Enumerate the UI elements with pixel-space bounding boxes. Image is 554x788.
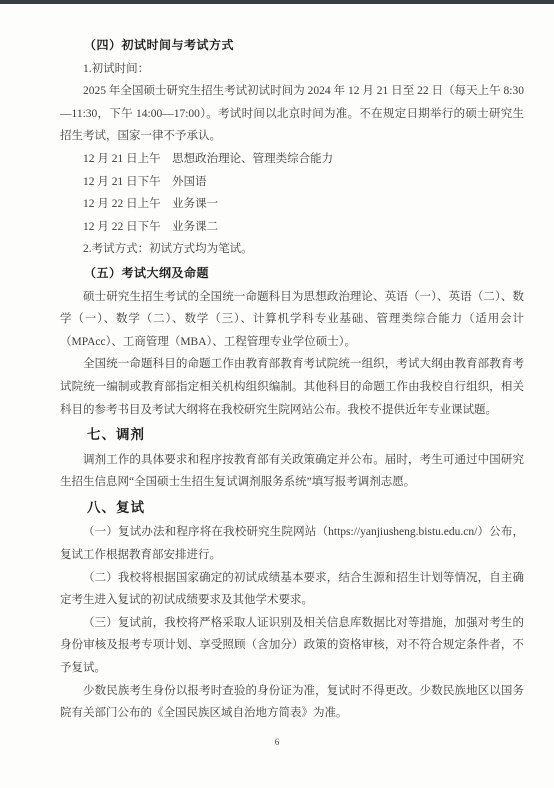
paragraph: 全国统一命题科目的命题工作由教育部教育考试院统一组织，考试大纲由教育部教育考试院…	[60, 353, 524, 421]
page-top-edge	[0, 0, 554, 4]
section-heading: 七、调剂	[60, 424, 524, 447]
section-heading: （四）初试时间与考试方式	[60, 34, 524, 57]
paragraph: 12 月 21 日下午 外国语	[60, 171, 524, 194]
paragraph: （三）复试前，我校将严格采取人证识别及相关信息库数据比对等措施，加强对考生的身份…	[60, 612, 524, 680]
page-number: 6	[0, 737, 554, 747]
paragraph: 调剂工作的具体要求和程序按教育部有关政策确定并公布。届时，考生可通过中国研究生招…	[60, 449, 524, 494]
paragraph: 1.初试时间：	[60, 58, 524, 81]
paragraph: 硕士研究生招生考试的全国统一命题科目为思想政治理论、英语（一）、英语（二）、数学…	[60, 286, 524, 354]
paragraph: 2025 年全国硕士研究生招生考试初试时间为 2024 年 12 月 21 日至…	[60, 80, 524, 148]
section-heading: （五）考试大纲及命题	[60, 262, 524, 285]
paragraph: （一）复试办法和程序将在我校研究生院网站（https://yanjiusheng…	[60, 521, 524, 566]
paragraph: 2.考试方式：初试方式均为笔试。	[60, 238, 524, 261]
paragraph: 12 月 22 日上午 业务课一	[60, 193, 524, 216]
paragraph: 12 月 22 日下午 业务课二	[60, 216, 524, 239]
section-heading: 八、复试	[60, 497, 524, 520]
document-page: （四）初试时间与考试方式1.初试时间：2025 年全国硕士研究生招生考试初试时间…	[0, 0, 554, 788]
paragraph: （二）我校将根据国家确定的初试成绩基本要求，结合生源和招生计划等情况，自主确定考…	[60, 567, 524, 612]
document-content: （四）初试时间与考试方式1.初试时间：2025 年全国硕士研究生招生考试初试时间…	[60, 33, 524, 725]
paragraph: 12 月 21 日上午 思想政治理论、管理类综合能力	[60, 148, 524, 171]
paragraph: 少数民族考生身份以报考时查验的身份证为准，复试时不得更改。少数民族地区以国务院有…	[60, 680, 524, 725]
